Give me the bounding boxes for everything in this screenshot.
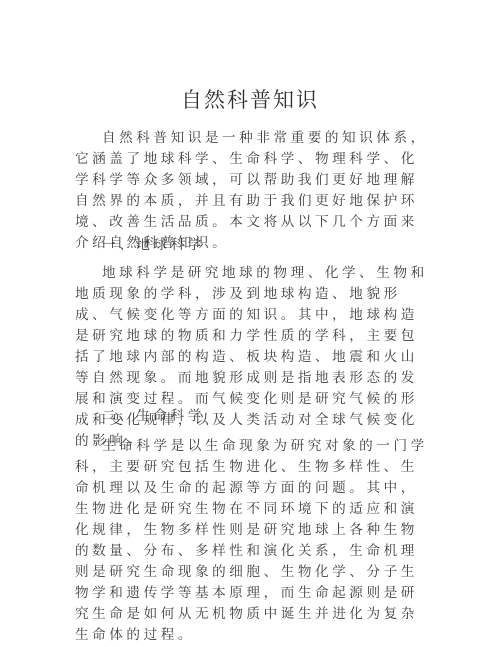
- section-heading-earth-science: 一、地球科学: [75, 235, 431, 256]
- document-title: 自然科普知识: [0, 86, 500, 114]
- section-heading-life-science: 二、生命科学: [75, 406, 431, 427]
- section-body-life-science: 生命科学是以生命现象为研究对象的一门学科，主要研究包括生物进化、生物多样性、生命…: [75, 436, 431, 646]
- document-page: 自然科普知识 自然科普知识是一种非常重要的知识体系，它涵盖了地球科学、生命科学、…: [0, 0, 500, 647]
